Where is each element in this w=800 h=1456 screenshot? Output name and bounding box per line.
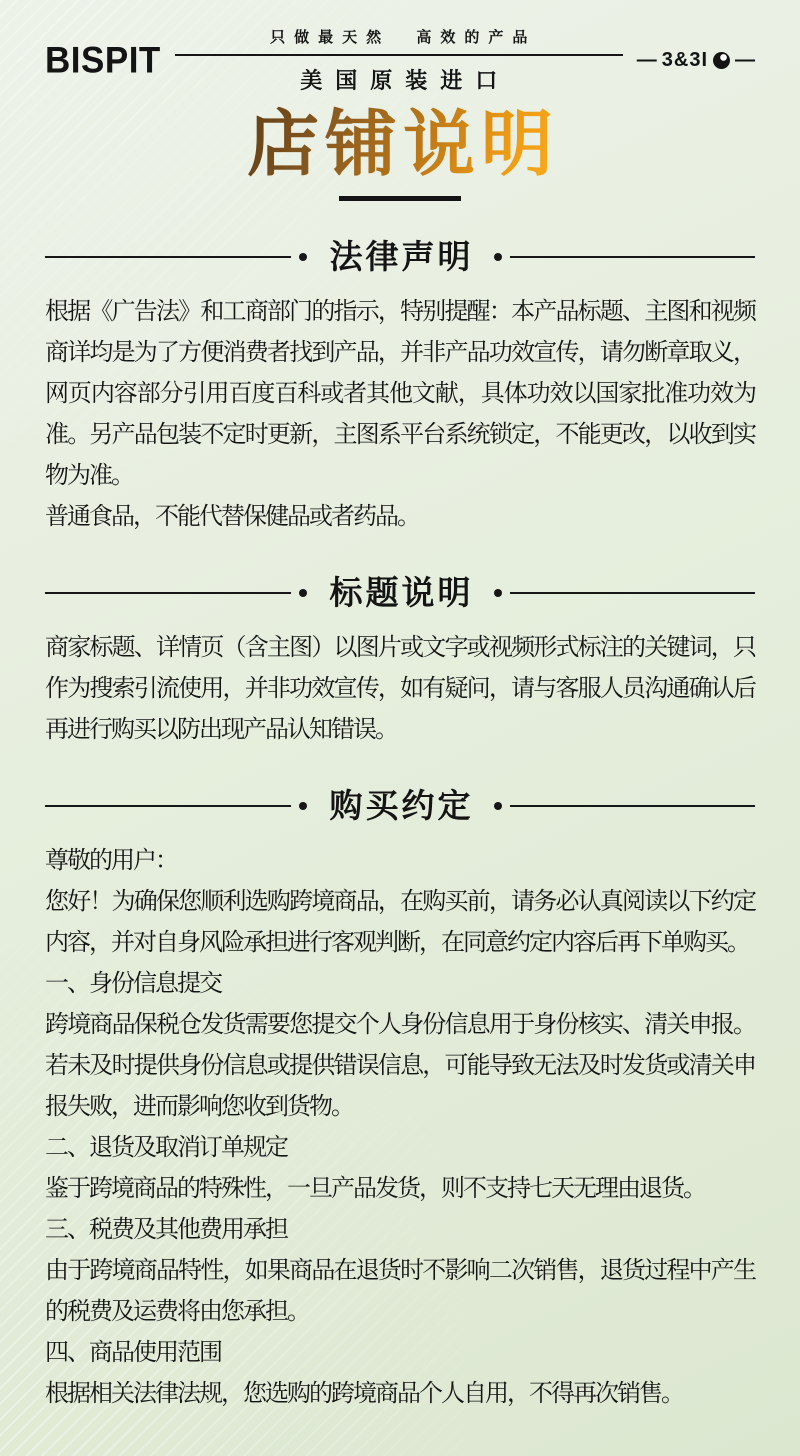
paragraph: 二、退货及取消订单规定 [45, 1127, 755, 1168]
tagline-top: 只做最天然 高效的产品 [175, 26, 623, 54]
tagline-bottom: 美国原装进口 [175, 56, 623, 95]
logo-text: 3&3I [662, 49, 708, 72]
section-body: 尊敬的用户： 您好！为确保您顺利选购跨境商品，在购买前，请务必认真阅读以下约定内… [45, 840, 755, 1414]
heading-line-left [45, 256, 291, 258]
section-purchase-agreement: 购买约定 尊敬的用户： 您好！为确保您顺利选购跨境商品，在购买前，请务必认真阅读… [45, 786, 755, 1414]
section-legal-statement: 法律声明 根据《广告法》和工商部门的指示，特别提醒：本产品标题、主图和视频商详均… [45, 237, 755, 537]
heading-line-right [510, 805, 756, 807]
section-heading-row: 法律声明 [45, 237, 755, 277]
paragraph: 跨境商品保税仓发货需要您提交个人身份信息用于身份核实、清关申报。若未及时提供身份… [45, 1004, 755, 1127]
page-title-block: 店铺说明 [45, 103, 755, 201]
logo-dash-right: — [735, 49, 755, 72]
logo-dash-left: — [637, 49, 657, 72]
page-title: 店铺说明 [241, 103, 559, 188]
heading-dot-left [299, 253, 307, 261]
paragraph: 鉴于跨境商品的特殊性，一旦产品发货，则不支持七天无理由退货。 [45, 1168, 755, 1209]
brand-logo: BISPIT [45, 42, 161, 79]
title-underline [339, 196, 461, 201]
header-tagline: 只做最天然 高效的产品 美国原装进口 [175, 26, 623, 95]
paragraph: 由于跨境商品特性，如果商品在退货时不影响二次销售，退货过程中产生的税费及运费将由… [45, 1250, 755, 1332]
store-notice-poster: BISPIT 只做最天然 高效的产品 美国原装进口 — 3&3I — 店铺说明 … [0, 0, 800, 1456]
heading-dot-left [299, 802, 307, 810]
content: BISPIT 只做最天然 高效的产品 美国原装进口 — 3&3I — 店铺说明 … [0, 0, 800, 1414]
heading-line-left [45, 805, 291, 807]
section-title-notes: 标题说明 商家标题、详情页（含主图）以图片或文字或视频形式标注的关键词，只作为搜… [45, 573, 755, 750]
paragraph: 尊敬的用户： [45, 840, 755, 881]
moon-icon [713, 52, 730, 69]
heading-dot-left [299, 589, 307, 597]
paragraph: 普通食品，不能代替保健品或者药品。 [45, 496, 755, 537]
paragraph: 一、身份信息提交 [45, 963, 755, 1004]
section-heading: 标题说明 [327, 573, 474, 613]
section-body: 商家标题、详情页（含主图）以图片或文字或视频形式标注的关键词，只作为搜索引流使用… [45, 627, 755, 750]
paragraph: 商家标题、详情页（含主图）以图片或文字或视频形式标注的关键词，只作为搜索引流使用… [45, 627, 755, 750]
paragraph: 根据《广告法》和工商部门的指示，特别提醒：本产品标题、主图和视频商详均是为了方便… [45, 291, 755, 496]
paragraph: 四、商品使用范围 [45, 1332, 755, 1373]
heading-line-right [510, 592, 756, 594]
section-heading: 法律声明 [327, 237, 474, 277]
heading-dot-right [494, 253, 502, 261]
heading-dot-right [494, 589, 502, 597]
heading-line-right [510, 256, 756, 258]
section-heading-row: 购买约定 [45, 786, 755, 826]
section-body: 根据《广告法》和工商部门的指示，特别提醒：本产品标题、主图和视频商详均是为了方便… [45, 291, 755, 537]
section-heading-row: 标题说明 [45, 573, 755, 613]
secondary-brand-logo: — 3&3I — [637, 49, 755, 72]
paragraph: 您好！为确保您顺利选购跨境商品，在购买前，请务必认真阅读以下约定内容，并对自身风… [45, 881, 755, 963]
paragraph: 三、税费及其他费用承担 [45, 1209, 755, 1250]
section-heading: 购买约定 [327, 786, 474, 826]
paragraph: 根据相关法律法规，您选购的跨境商品个人自用，不得再次销售。 [45, 1373, 755, 1414]
heading-line-left [45, 592, 291, 594]
heading-dot-right [494, 802, 502, 810]
header: BISPIT 只做最天然 高效的产品 美国原装进口 — 3&3I — [45, 0, 755, 95]
